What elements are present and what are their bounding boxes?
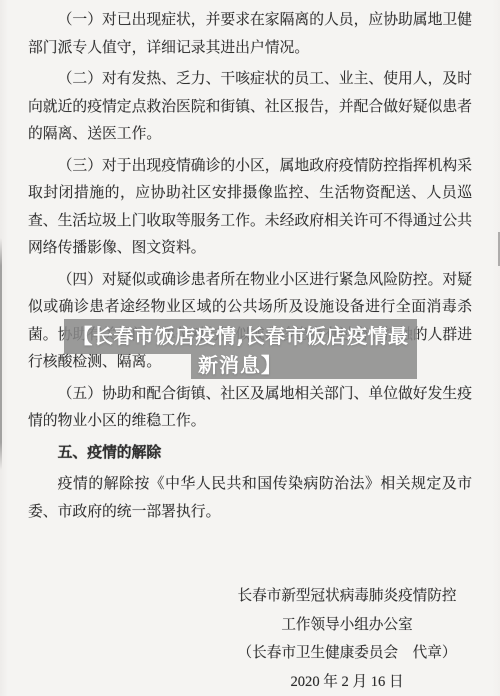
signature-line-org-1: 长春市新型冠状病毒肺炎疫情防控 [227, 582, 467, 611]
watermark-overlay-line1: 【长春市饭店疫情,长春市饭店疫情最 [64, 319, 417, 354]
closing-paragraph: 疫情的解除按《中华人民共和国传染病防治法》相关规定及市委、市政府的统一部署执行。 [28, 471, 472, 526]
paragraph-item-3: （三）对于出现疫情确诊的小区，属地政府疫情防控指挥机构采取封闭措施的，应协助社区… [28, 153, 472, 263]
scanned-document-page: （一）对已出现症状，并要求在家隔离的人员，应协助属地卫健部门派专人值守，详细记录… [0, 0, 500, 696]
paragraph-item-2: （二）对有发热、乏力、干咳症状的员工、业主、使用人，及时向就近的疫情定点救治医院… [28, 66, 472, 149]
paragraph-item-1: （一）对已出现症状，并要求在家隔离的人员，应协助属地卫健部门派专人值守，详细记录… [28, 7, 472, 62]
paragraph-item-5: （五）协助和配合街镇、社区及属地相关部门、单位做好发生疫情的物业小区的维稳工作。 [28, 381, 472, 436]
signature-line-seal-note: （长春市卫生健康委员会 代章） [227, 639, 467, 668]
section-heading: 五、疫情的解除 [28, 440, 472, 468]
scan-edge-artifact-left [0, 238, 2, 470]
signature-block: 长春市新型冠状病毒肺炎疫情防控 工作领导小组办公室 （长春市卫生健康委员会 代章… [227, 582, 467, 696]
watermark-overlay-line2: 新消息】 [191, 354, 417, 379]
signature-line-org-2: 工作领导小组办公室 [227, 611, 467, 640]
signature-line-date: 2020 年 2 月 16 日 [227, 668, 467, 696]
document-body: （一）对已出现症状，并要求在家隔离的人员，应协助属地卫健部门派专人值守，详细记录… [28, 7, 472, 530]
